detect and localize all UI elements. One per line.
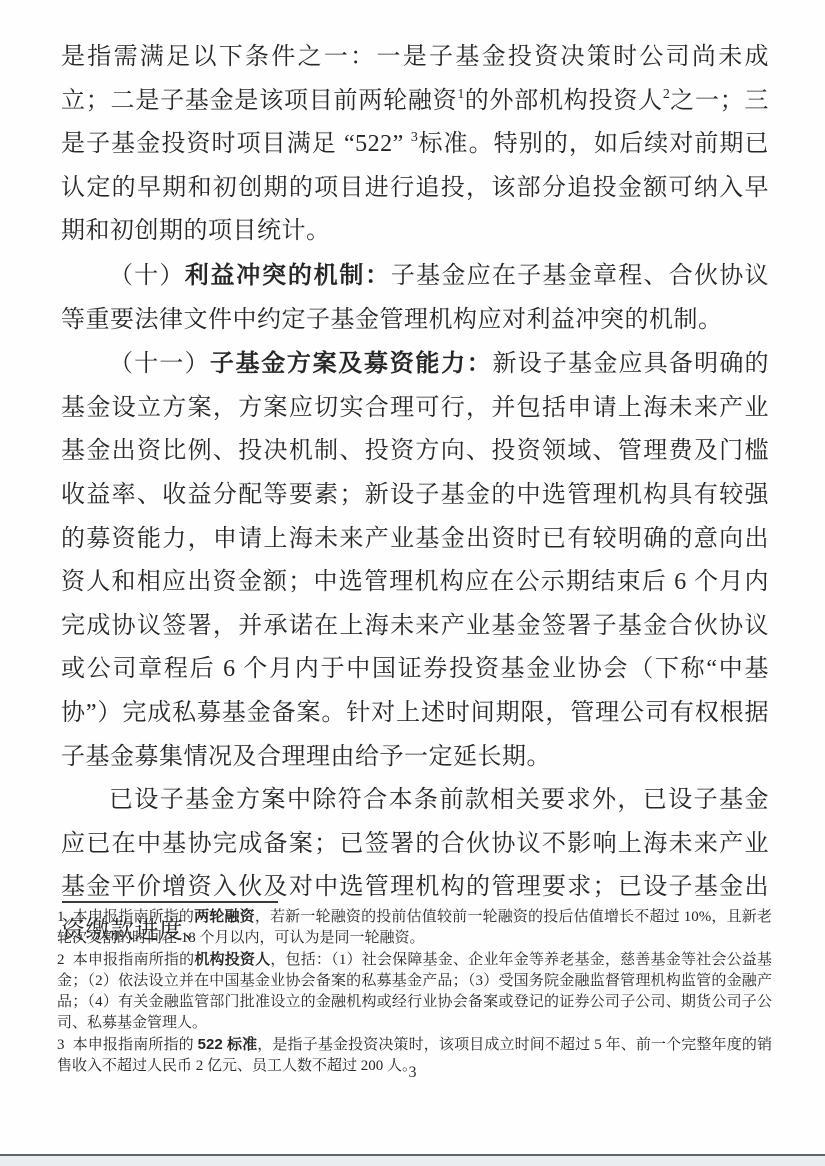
footnote-text: 本申报指南所指的 bbox=[73, 909, 195, 925]
paragraph-conditions: 是指需满足以下条件之一：一是子基金投资决策时公司尚未成立；二是子基金是该项目前两… bbox=[61, 36, 769, 254]
scanned-document-page: 是指需满足以下条件之一：一是子基金投资决策时公司尚未成立；二是子基金是该项目前两… bbox=[0, 0, 825, 1166]
page-number: 3 bbox=[0, 1064, 825, 1082]
footnote-number: 3 bbox=[57, 1037, 65, 1053]
clause-number: （十一） bbox=[109, 351, 210, 377]
footnote-ref-1: 1 bbox=[457, 87, 464, 102]
footnote-text: 本申报指南所指的 bbox=[73, 952, 195, 968]
paragraph-item-10: （十）利益冲突的机制：子基金应在子基金章程、合伙协议等重要法律文件中约定子基金管… bbox=[61, 254, 769, 342]
clause-title: 子基金方案及募资能力： bbox=[210, 350, 493, 377]
footnote-term: 两轮融资 bbox=[194, 908, 255, 925]
footnotes-section: 1本申报指南所指的两轮融资，若新一轮融资的投前估值较前一轮融资的投后估值增长不超… bbox=[57, 906, 772, 1077]
footnote-2: 2本申报指南所指的机构投资人，包括：（1）社会保障基金、企业年金等养老基金，慈善… bbox=[57, 949, 772, 1034]
footnote-ref-2: 2 bbox=[663, 87, 670, 102]
document-body: 是指需满足以下条件之一：一是子基金投资决策时公司尚未成立；二是子基金是该项目前两… bbox=[61, 36, 769, 953]
footnote-number: 1 bbox=[57, 909, 65, 925]
footnote-term: 522 标准 bbox=[198, 1036, 258, 1053]
footnote-1: 1本申报指南所指的两轮融资，若新一轮融资的投前估值较前一轮融资的投后估值增长不超… bbox=[57, 906, 772, 949]
paragraph-text: 新设子基金应具备明确的基金设立方案，方案应切实合理可行，并包括申请上海未来产业基… bbox=[61, 351, 769, 769]
footnote-text: 本申报指南所指的 bbox=[73, 1037, 198, 1053]
clause-number: （十） bbox=[109, 263, 185, 289]
footnote-divider bbox=[62, 901, 278, 903]
scan-bottom-edge bbox=[0, 1154, 825, 1166]
footnote-term: 机构投资人 bbox=[194, 951, 270, 968]
clause-title: 利益冲突的机制： bbox=[185, 262, 391, 289]
footnote-number: 2 bbox=[57, 952, 65, 968]
paragraph-item-11: （十一）子基金方案及募资能力：新设子基金应具备明确的基金设立方案，方案应切实合理… bbox=[61, 342, 769, 779]
footnote-ref-3: 3 bbox=[411, 130, 418, 145]
paragraph-text: 的外部机构投资人 bbox=[464, 88, 662, 114]
